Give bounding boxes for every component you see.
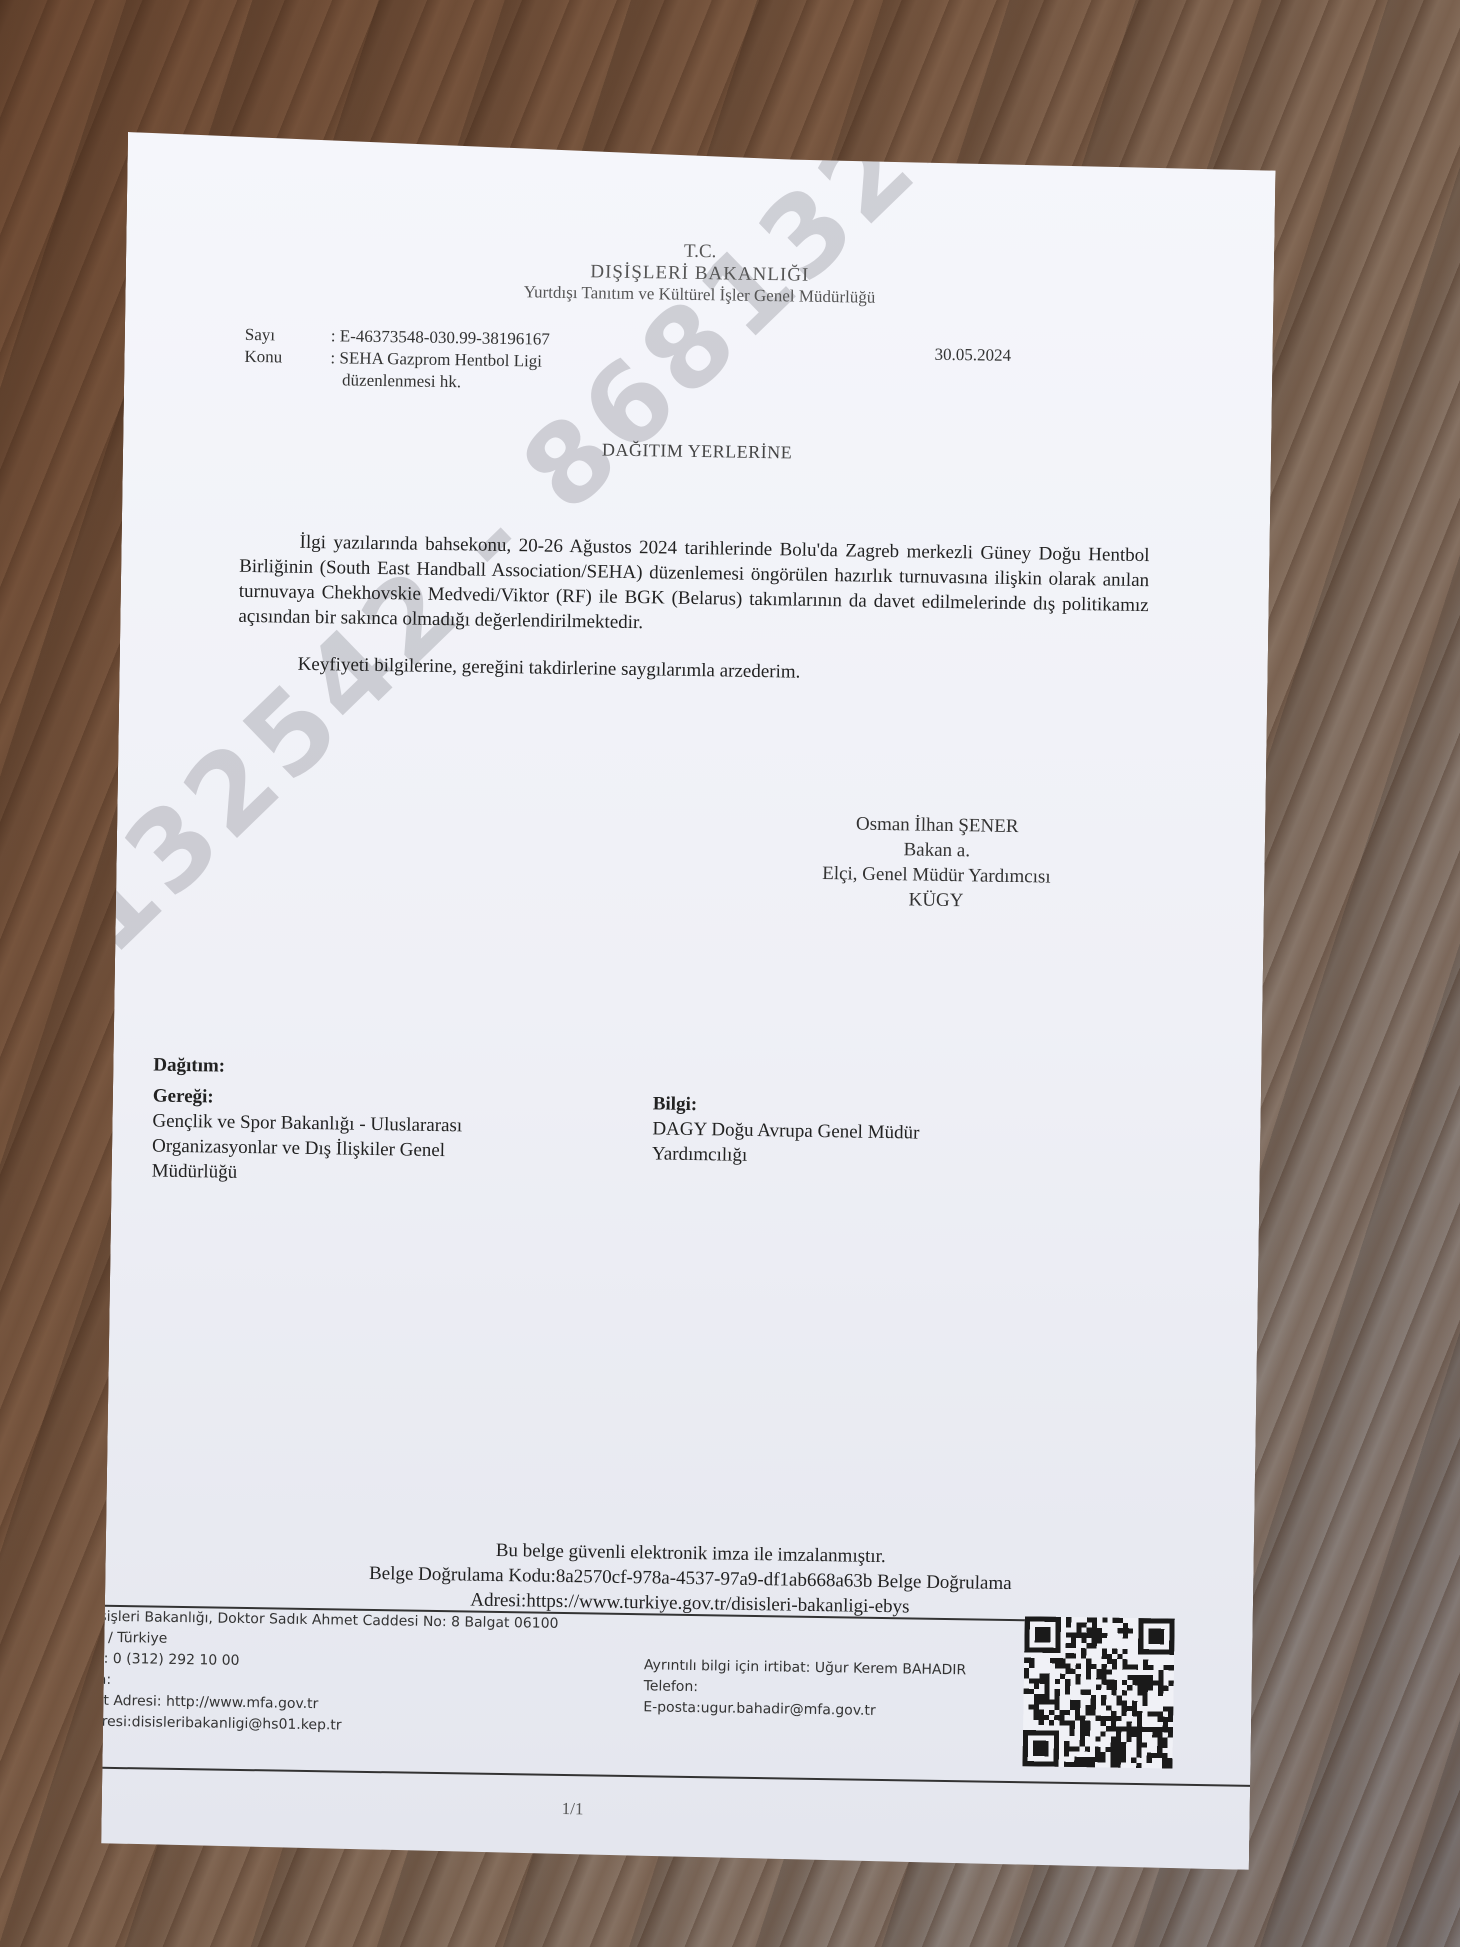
closing-paragraph: Keyfiyeti bilgilerine, gereğini takdirle…	[237, 651, 1147, 690]
recipient-heading: DAĞITIM YERLERİNE	[123, 432, 1271, 471]
bilgi-line: Yardımcılığı	[652, 1141, 1052, 1172]
qr-code-icon	[1022, 1616, 1174, 1768]
signatory-unit: KÜGY	[806, 886, 1066, 915]
ministry-contact: T.C. Dışişleri Bakanlığı, Doktor Sadık A…	[101, 1606, 559, 1740]
konu-value-cont: düzenlenmesi hk.	[330, 369, 461, 393]
sayi-label: Sayı	[245, 324, 323, 347]
signature-block: Osman İlhan ŞENER Bakan a. Elçi, Genel M…	[806, 811, 1068, 915]
document-meta: Sayı : E-46373548-030.99-38196167 Konu :…	[244, 324, 550, 395]
page-number: 1/1	[562, 1799, 584, 1819]
document-page: 868132542 - 868132542 - 868132542 - 8681…	[101, 132, 1276, 1870]
document-date: 30.05.2024	[934, 345, 1011, 366]
konu-label: Konu	[244, 346, 322, 369]
bottom-divider	[101, 1766, 1272, 1787]
body-paragraph: İlgi yazılarında bahsekonu, 20-26 Ağusto…	[238, 529, 1149, 643]
signatory-title: Elçi, Genel Müdür Yardımcısı	[806, 861, 1066, 890]
letter-body: İlgi yazılarında bahsekonu, 20-26 Ağusto…	[237, 529, 1149, 690]
letterhead: T.C. DIŞİŞLERİ BAKANLIĞI Yurtdışı Tanıtı…	[125, 232, 1274, 314]
contact-person: Ayrıntılı bilgi için irtibat: Uğur Kerem…	[643, 1655, 966, 1723]
distribution-block: Dağıtım: Gereği: Gençlik ve Spor Bakanlı…	[151, 1053, 1053, 1198]
contact-email: E-posta:ugur.bahadir@mfa.gov.tr	[643, 1697, 966, 1723]
